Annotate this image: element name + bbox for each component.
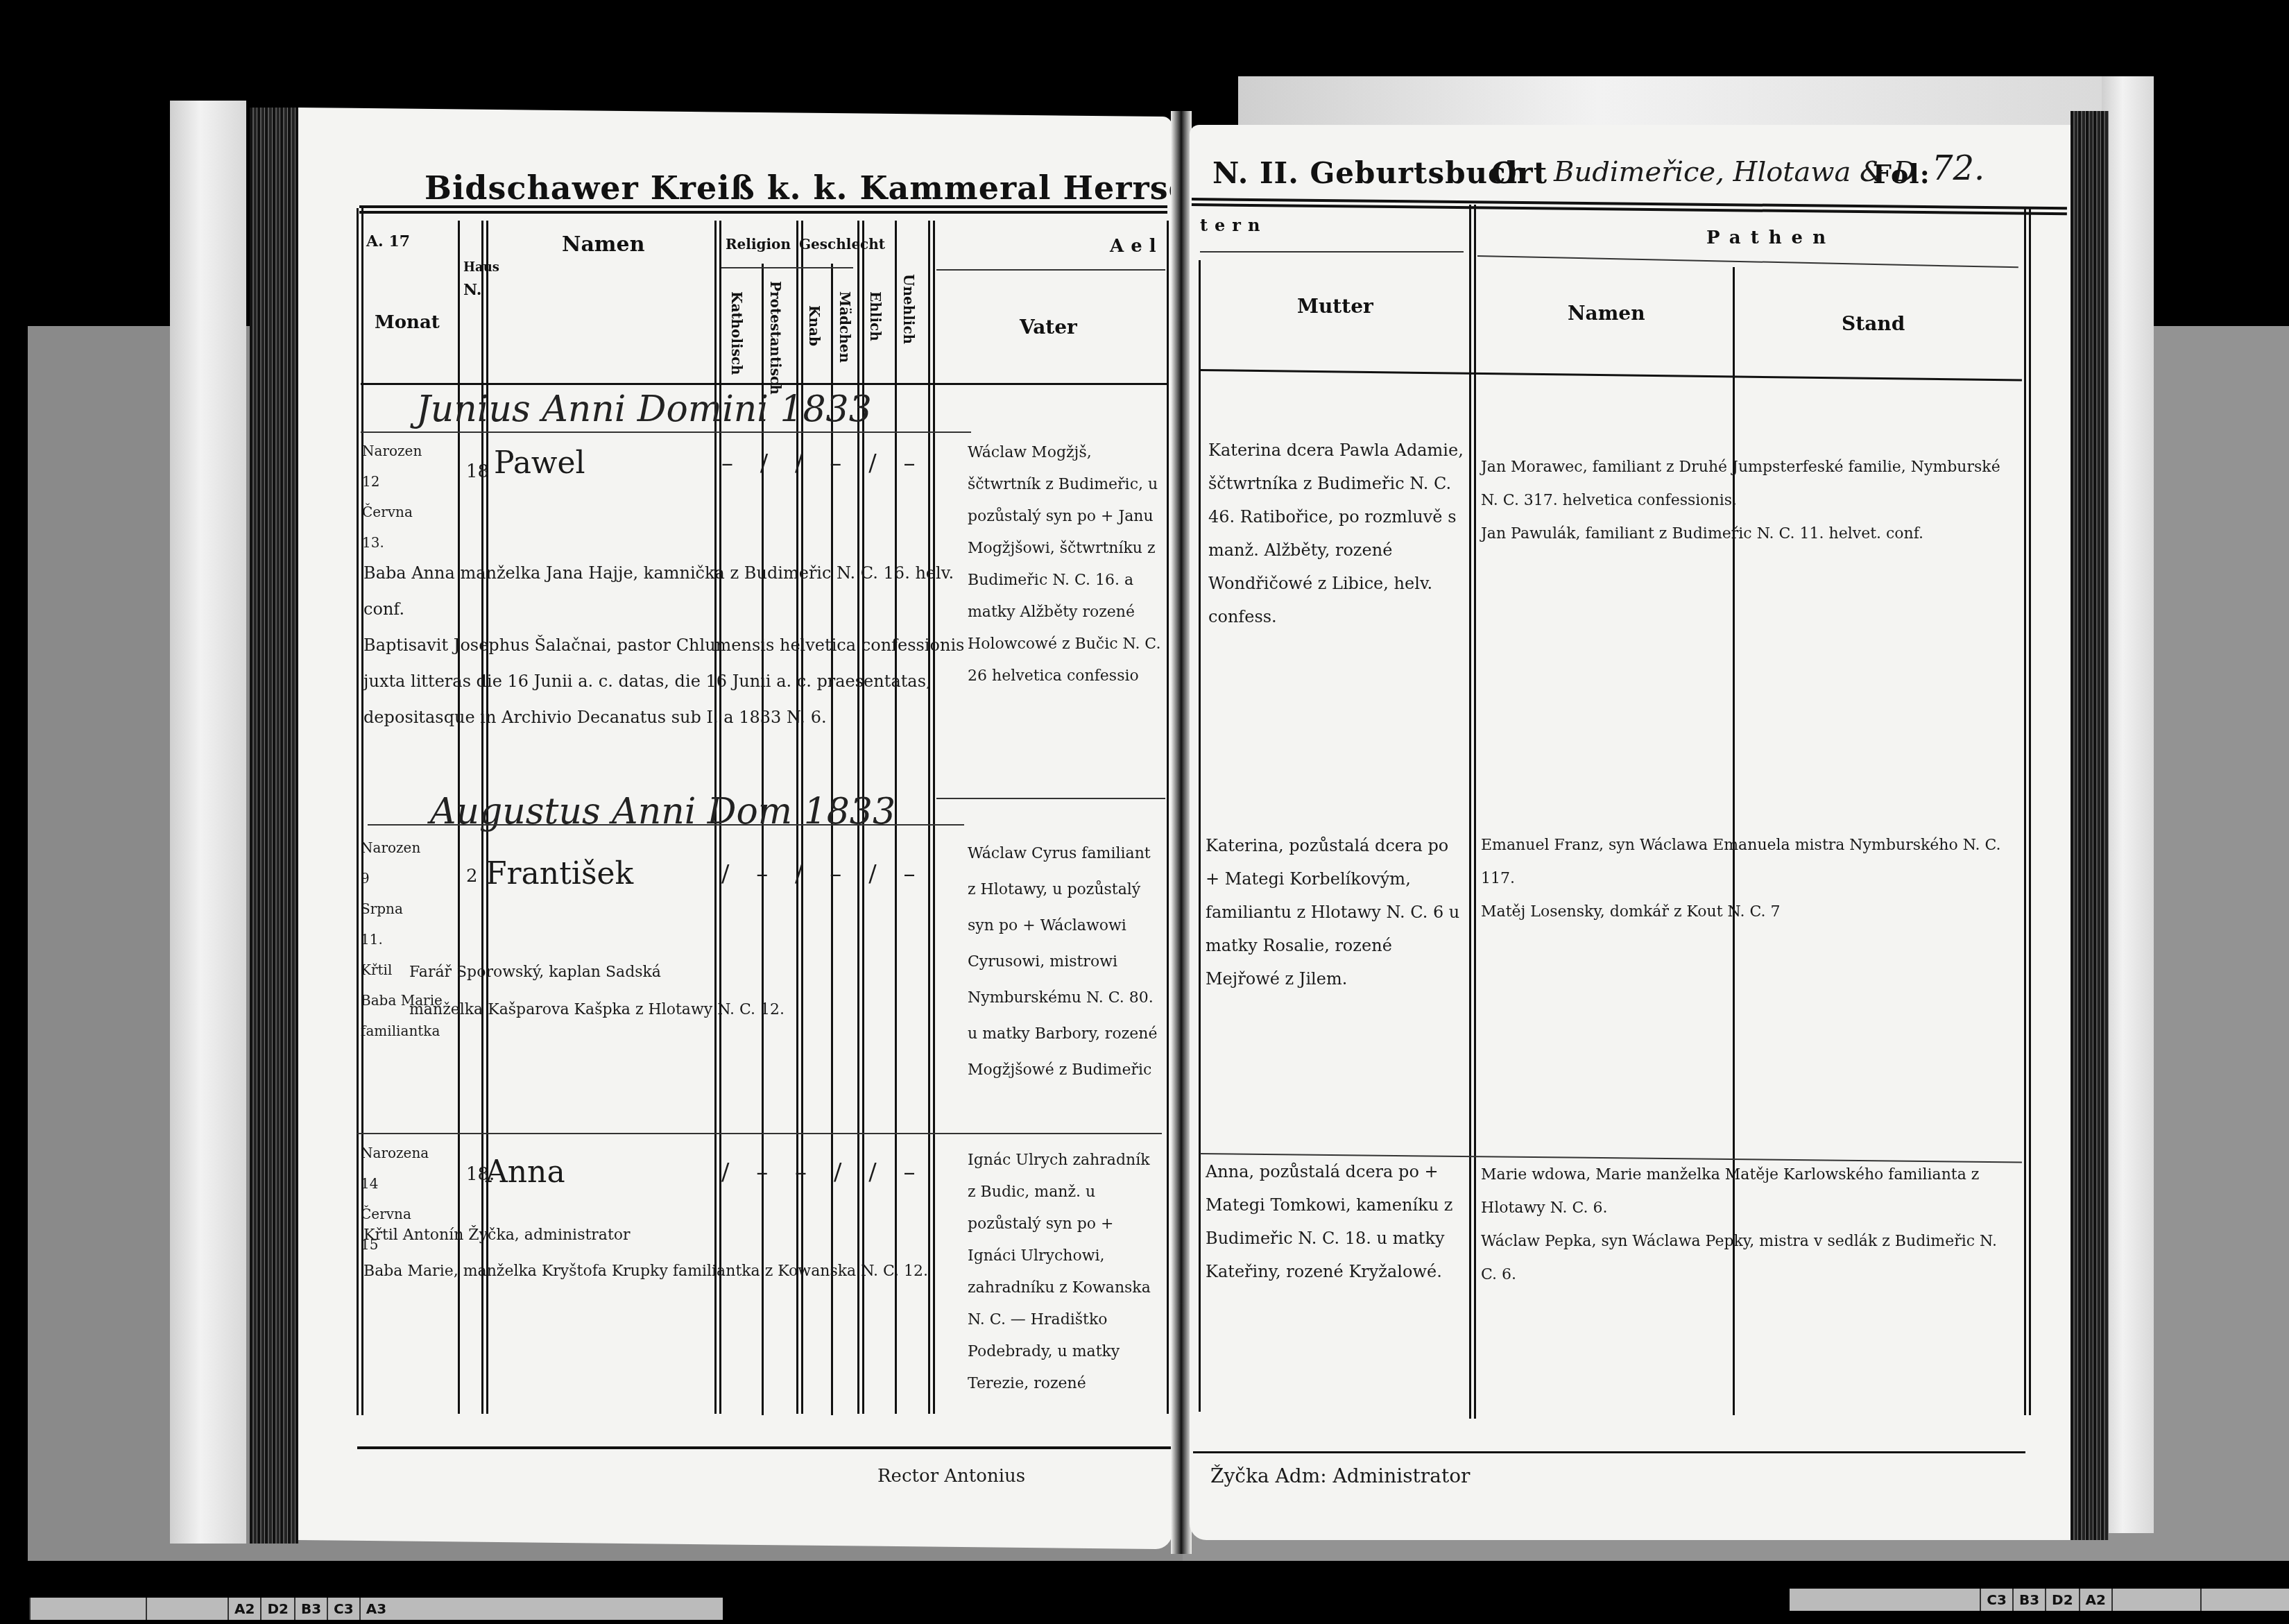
header-house: Haus xyxy=(463,260,499,275)
header-boy: Knab xyxy=(806,305,823,346)
film-label: C3 xyxy=(1980,1589,2012,1611)
entry-3-father: Ignác Ulrych zahradník z Budic, manž. u … xyxy=(968,1145,1162,1400)
film-mark xyxy=(146,1598,228,1620)
entry-2-child-name: František xyxy=(486,855,633,894)
ort-value: Budimeřice, Hlotawa & D xyxy=(1554,156,1915,188)
header-parents-left: Ael xyxy=(1110,236,1163,257)
entry-1-rule xyxy=(936,798,1165,799)
entry-2-godparents: Emanuel Franz, syn Wáclawa Emanuela mist… xyxy=(1481,829,2015,929)
right-bottom-rule xyxy=(1193,1451,2025,1453)
header-religion: Religion xyxy=(726,236,791,253)
entry-2-mother: Katerina, pozůstalá dcera po + Mategi Ko… xyxy=(1206,829,1464,995)
col-rule-mother-end xyxy=(1469,205,1471,1419)
entry-1-notes: Baba Anna manželka Jana Hajje, kamnička … xyxy=(363,555,967,735)
entry-3-mother: Anna, pozůstalá dcera po + Mategi Tomkow… xyxy=(1206,1155,1464,1288)
section-heading-august: Augustus Anni Dom 1833 xyxy=(430,791,895,832)
entry-3-marks: / – – / / – xyxy=(721,1153,925,1192)
header-girl: Mädchen xyxy=(837,291,853,363)
ort-label: Ort xyxy=(1491,156,1548,190)
film-label: A2 xyxy=(228,1598,260,1620)
film-label: C3 xyxy=(327,1598,359,1620)
film-label: A2 xyxy=(2079,1589,2111,1611)
entry-1-house-no: 18 xyxy=(466,452,489,491)
header-godparent-stand: Stand xyxy=(1842,312,1905,335)
entry-2-marks: / – / – / – xyxy=(721,855,925,894)
entry-2-father: Wáclaw Cyrus familiant z Hlotawy, u pozů… xyxy=(968,836,1162,1088)
tissue-left xyxy=(170,101,246,1544)
entry-1-birth-date: Narozen 12 Června 13. xyxy=(362,436,452,558)
entry-1-marks: – / / – / – xyxy=(721,444,925,483)
book-gutter xyxy=(1171,111,1192,1554)
film-label: D2 xyxy=(260,1598,294,1620)
folio-label: Fol: xyxy=(1873,158,1930,189)
left-border xyxy=(357,208,359,1415)
header-name: Namen xyxy=(562,232,645,257)
header-sex: Geschlecht xyxy=(799,236,885,253)
col-rule-mother-start xyxy=(1199,260,1201,1412)
header-illegit: Unehlich xyxy=(900,274,917,344)
page-edges-left xyxy=(250,108,298,1544)
col-rule-father-end xyxy=(1167,221,1169,1414)
page-edges-right xyxy=(2071,111,2109,1540)
entry-2-rule xyxy=(357,1133,1162,1134)
header-bottom-rule xyxy=(361,383,1169,385)
film-strip-left: A2 D2 B3 C3 A3 xyxy=(29,1598,723,1620)
entry-1-child-name: Pawel xyxy=(494,444,585,483)
tissue-right xyxy=(2102,76,2154,1533)
entry-1-godparents: Jan Morawec, familiant z Druhé Jumpsterf… xyxy=(1481,451,2015,551)
entry-3-godparents: Marie wdowa, Marie manželka Matěje Karlo… xyxy=(1481,1159,2015,1292)
entry-2-notes: Farář Sporowský, kaplan Sadská manželka … xyxy=(409,954,950,1029)
section-heading-june: Junius Anni Domini 1833 xyxy=(416,388,872,430)
film-label: A3 xyxy=(359,1598,392,1620)
parents-subrule xyxy=(936,269,1165,271)
film-mark xyxy=(2111,1589,2200,1611)
entry-3-child-name: Anna xyxy=(486,1153,565,1192)
section-underline-june xyxy=(361,431,971,433)
year-label: A. 17 xyxy=(366,232,410,250)
entry-2-house-no: 2 xyxy=(466,857,478,896)
right-signature: Žyčka Adm: Administrator xyxy=(1210,1457,1470,1496)
film-label: B3 xyxy=(2012,1589,2045,1611)
header-house-no: N. xyxy=(463,281,481,299)
header-catholic: Katholisch xyxy=(728,291,745,375)
left-top-rule xyxy=(359,205,1167,208)
left-bottom-rule xyxy=(357,1446,1172,1449)
film-label: D2 xyxy=(2045,1589,2079,1611)
header-month: Monat xyxy=(375,312,440,333)
right-page-title: N. II. Geburtsbuch xyxy=(1212,156,1528,190)
mother-subrule xyxy=(1200,251,1464,253)
header-legit: Ehlich xyxy=(867,291,884,341)
header-godparents: Pathen xyxy=(1706,228,1835,248)
entry-1-mother: Katerina dcera Pawla Adamie, ščtwrtníka … xyxy=(1208,434,1465,633)
film-strip-right: C3 B3 D2 A2 xyxy=(1790,1589,2289,1611)
header-father: Vater xyxy=(1020,316,1077,339)
section-underline-august xyxy=(368,824,964,826)
right-border xyxy=(2024,208,2026,1415)
header-godparent-name: Namen xyxy=(1568,302,1645,325)
film-label: B3 xyxy=(294,1598,327,1620)
entry-3-notes: Křtil Antonín Žyčka, administrator Baba … xyxy=(363,1217,953,1290)
left-signature: Rector Antonius xyxy=(877,1457,1025,1496)
religion-sex-subrule xyxy=(721,267,853,268)
folio-number: 72. xyxy=(1932,149,1984,188)
header-parents-right: tern xyxy=(1200,215,1267,235)
film-mark xyxy=(2200,1589,2289,1611)
entry-1-father: Wáclaw Mogžjš, ščtwrtník z Budimeřic, u … xyxy=(968,437,1162,692)
header-protestant: Protestantisch xyxy=(767,281,784,395)
header-mother: Mutter xyxy=(1297,295,1373,318)
film-mark xyxy=(29,1598,146,1620)
